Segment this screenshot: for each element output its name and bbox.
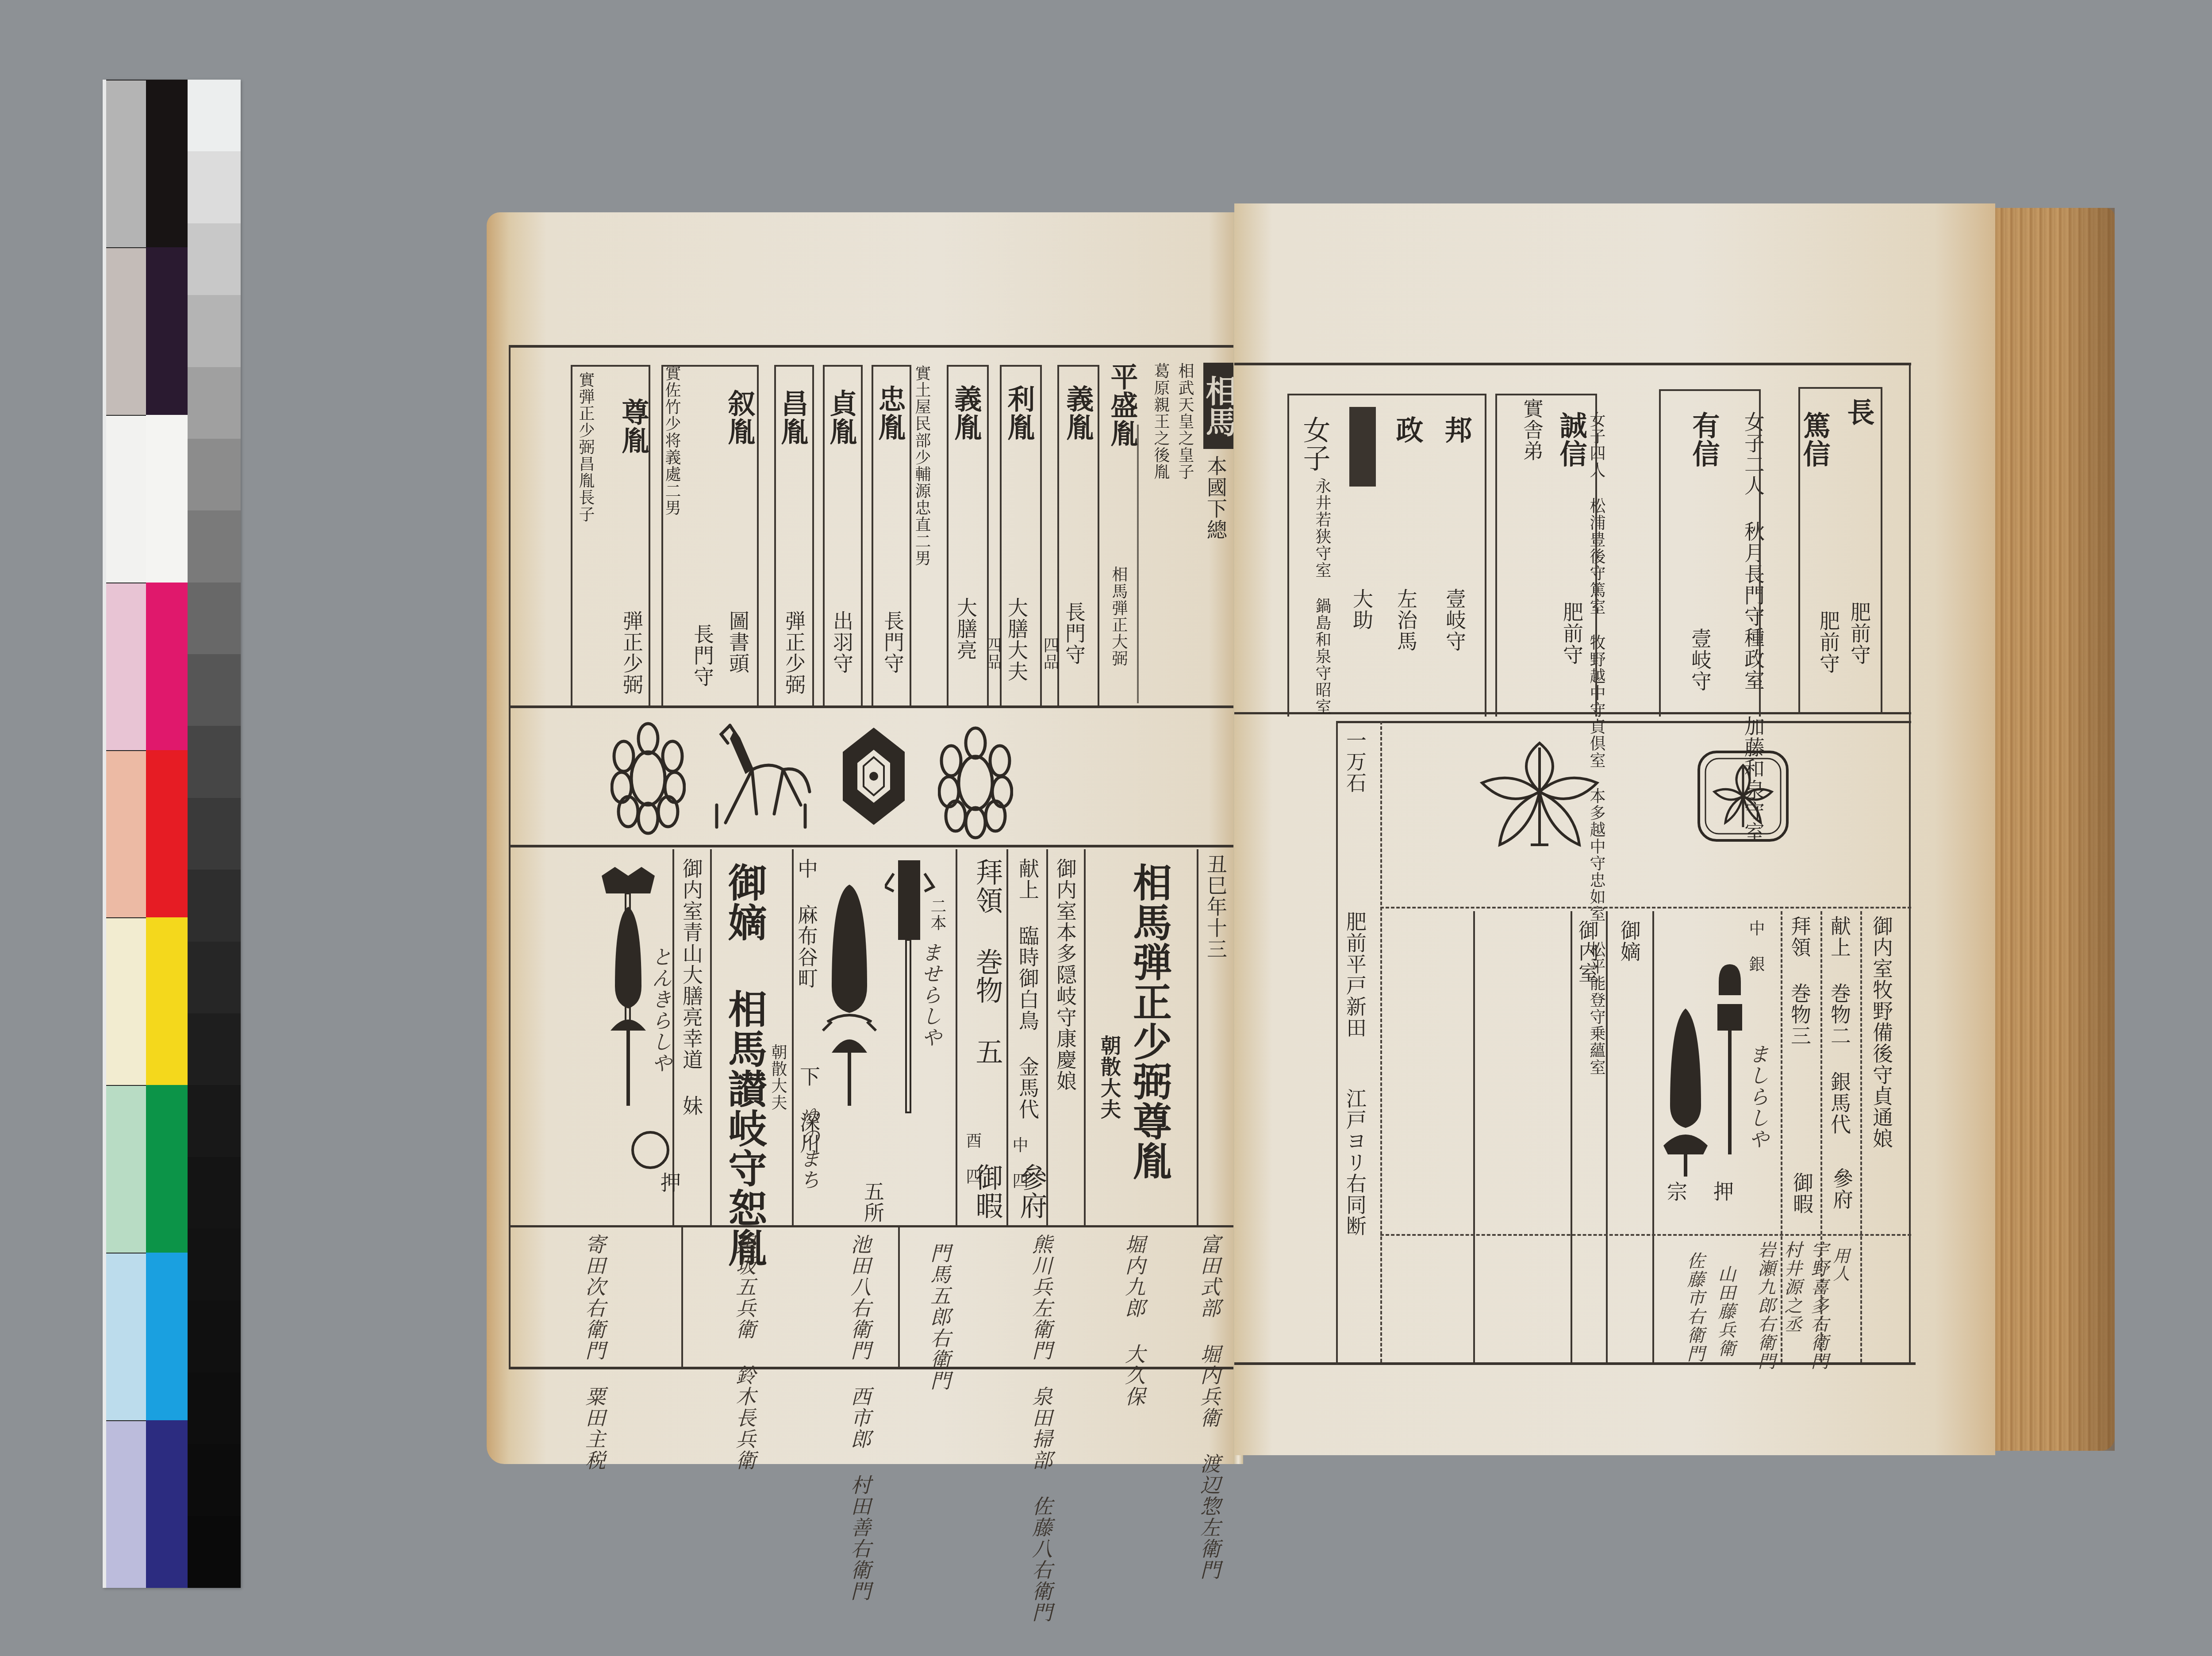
adoption-note-1: 實土屋民部少輔源忠直二男 — [914, 365, 929, 567]
lord-gifts: 献上 臨時御白鳥 金馬代 — [1018, 858, 1038, 1120]
ancestor-name-r3: 有信 — [1690, 411, 1717, 468]
color-swatch — [106, 80, 146, 247]
gray-swatch — [188, 798, 241, 870]
heir-rank: 朝散大夫 — [770, 1044, 786, 1111]
heir-label: 御嫡 — [1619, 920, 1640, 962]
nine-circles-crest-icon — [938, 725, 1013, 840]
ceremonial-spear-icon — [814, 876, 885, 1106]
lord-bottom-rule — [509, 1225, 1234, 1227]
column-divider — [1380, 721, 1382, 1362]
ancestor-name-4: 義胤 — [952, 385, 979, 441]
ceremonial-spear-icon — [1659, 1008, 1712, 1177]
ancestor-name-r8: 女子 — [1301, 416, 1328, 472]
frame-right-rule — [1909, 363, 1911, 1365]
gray-swatch — [188, 295, 241, 367]
gray-swatch — [188, 1300, 241, 1372]
seal-mark: 押 — [1712, 1181, 1732, 1202]
column-rule — [956, 849, 957, 1225]
gray-swatch — [188, 510, 241, 582]
lord-name: 相馬弾正少弼尊胤 — [1130, 862, 1169, 1181]
retainer-entry: 寄田次右衛門 粟田主税 — [584, 1234, 604, 1471]
right-page: 長 肥前守 篤信 肥前守 女子二人 秋月長門守種政室 加藤和泉守室 有信 壹岐守… — [1234, 203, 1995, 1455]
gray-swatch — [188, 1444, 241, 1516]
seal-mark: 押 — [659, 1172, 680, 1193]
ancestor-title-1: 相馬弾正大弼 — [1110, 566, 1126, 667]
adoption-note-3: 實弾正少弼昌胤長子 — [577, 372, 593, 523]
frame-top-rule — [1234, 363, 1911, 365]
ancestor-name-5: 忠胤 — [876, 385, 903, 441]
residence-middle: 中 麻布谷町 — [796, 858, 817, 989]
column-divider — [1860, 911, 1862, 1362]
header-bottom-rule — [509, 705, 1234, 708]
color-swatch — [106, 750, 146, 918]
ancestor-name-3: 利胤 — [1005, 385, 1033, 441]
gray-swatch — [188, 439, 241, 510]
leave-status: 御暇 — [973, 1163, 1001, 1220]
ancestor-aside-r4: 實舎弟 — [1522, 398, 1542, 462]
color-swatch — [146, 1085, 188, 1253]
heir-wife: 御内室青山大膳亮幸道 妹 — [681, 858, 702, 1116]
column-rule — [792, 849, 794, 1225]
color-calibration-chart — [103, 80, 241, 1588]
color-swatch — [146, 1420, 188, 1588]
seal-mark: 宗 — [1666, 1181, 1686, 1202]
frame-top-rule — [509, 345, 1234, 348]
item-label: 二本 — [929, 898, 945, 931]
fief-koku: 一万石 — [1345, 730, 1365, 793]
color-swatch — [106, 583, 146, 750]
lord-wife: 御内室本多隠岐守康慶娘 — [1055, 858, 1075, 1092]
color-swatch — [146, 1253, 188, 1420]
ancestor-rank-2: 四品 — [1042, 637, 1058, 671]
gray-swatch — [188, 367, 241, 439]
ancestor-name-1: 平盛胤 — [1108, 363, 1136, 448]
duty-status: 參府 — [1832, 1168, 1852, 1210]
column-rule — [898, 1227, 900, 1367]
receipt-label: 拜領 巻物三 — [1790, 916, 1810, 1046]
color-swatch — [146, 415, 188, 583]
gray-swatch — [188, 1229, 241, 1300]
gray-swatch — [188, 223, 241, 295]
circle-mark-icon — [628, 1128, 672, 1172]
column-rule — [1197, 849, 1198, 1225]
lord-gifts: 献上 巻物二 銀馬代 — [1829, 916, 1850, 1135]
color-swatch — [106, 415, 146, 583]
lord-wife: 御内室牧野備後守貞通娘 — [1871, 916, 1892, 1149]
frame-left-rule — [509, 345, 511, 1369]
clan-title-block: 相馬 — [1203, 363, 1234, 449]
column-rule — [1606, 911, 1608, 1362]
column-rule — [1084, 849, 1086, 1225]
color-swatch — [146, 917, 188, 1085]
gray-swatch — [188, 654, 241, 726]
retainer-heading: 用人 — [1832, 1247, 1848, 1283]
ancestor-title-6: 出羽守 — [832, 610, 852, 674]
lord-rank: 朝散大夫 — [1099, 1035, 1120, 1120]
color-swatch — [106, 1085, 146, 1253]
retainer-entry: 門馬五郎右衛門 — [929, 1243, 949, 1391]
column-rule — [1006, 849, 1008, 1225]
residence-lower-note: ゆのまち — [799, 1106, 819, 1191]
column-rule — [672, 849, 674, 1225]
ancestor-title-r7: 大助 — [1352, 588, 1372, 631]
gray-swatch — [188, 726, 241, 797]
spear-label-2: とんきらしや — [650, 947, 671, 1074]
ancestor-name-r1: 長 — [1845, 398, 1872, 426]
column-rule — [1652, 911, 1654, 1362]
home-province: 本國下總 — [1206, 456, 1226, 540]
ancestor-name-r2: 篤信 — [1801, 411, 1828, 468]
ancestor-name-r4: 誠信 — [1557, 411, 1585, 468]
gray-swatch — [188, 1157, 241, 1229]
ancestor-title-7: 弾正少弼 — [784, 610, 804, 695]
row-divider — [1380, 1234, 1911, 1236]
ancestor-title-r4: 肥前守 — [1562, 602, 1582, 665]
ancestor-name-r6: 政 — [1394, 416, 1421, 444]
column-rule — [710, 849, 712, 1225]
paulownia-in-frame-crest-icon — [1694, 747, 1792, 845]
horse-crest-icon — [703, 717, 818, 832]
gray-swatch — [188, 1085, 241, 1157]
ancestor-title-r2: 肥前守 — [1818, 610, 1839, 674]
lord-age: 丑巳年十三 — [1206, 854, 1226, 960]
tortoise-hexagon-crest-icon — [841, 725, 907, 827]
receipt-label: 拜領 巻物 五 — [973, 858, 1001, 1066]
ancestor-title-3: 大膳大夫 — [1006, 597, 1027, 682]
ancestor-title-2: 長門守 — [1064, 602, 1084, 665]
color-swatch — [106, 247, 146, 415]
color-swatch — [146, 750, 188, 918]
ceremonial-spear-icon — [1712, 964, 1747, 1154]
column-rule — [1571, 911, 1572, 1362]
gray-swatch — [188, 1372, 241, 1444]
retainer-entry: 池田八右衛門 西市郎 村田善右衛門 — [849, 1234, 870, 1602]
ancestor-title-r3: 壹岐守 — [1690, 628, 1710, 692]
gray-swatch — [188, 1516, 241, 1588]
column-rule — [681, 1227, 683, 1367]
color-swatch — [106, 1420, 146, 1588]
lineage-connector — [1137, 425, 1139, 703]
retainer-entry: 堀内九郎 大久保 — [1124, 1234, 1144, 1407]
color-swatch — [106, 917, 146, 1085]
color-swatch — [146, 80, 188, 247]
crest-bottom-rule — [509, 845, 1234, 847]
heir-name: 御嫡 相馬讃岐守恕胤 — [726, 862, 764, 1268]
ancestor-title-4: 大膳亮 — [956, 597, 976, 661]
heir-wife: 御内室 — [1577, 920, 1598, 984]
paulownia-leaf-crest-icon — [1473, 739, 1606, 854]
fief-domain: 肥前平戸新田 — [1345, 911, 1365, 1039]
ancestor-name-r5: 邦 — [1442, 416, 1470, 444]
ancestor-title-r6: 左治馬 — [1396, 588, 1416, 652]
spear-label: ましらしや — [1747, 1044, 1768, 1150]
nine-circles-crest-icon — [611, 721, 686, 836]
retainer-entry: 岩瀬九郎右衛門 — [1756, 1241, 1774, 1371]
open-book: 相馬 本國下總 相武天皇之皇子 葛原親王之後胤 平盛胤 相馬弾正大弼 義胤 長門… — [487, 203, 2079, 1477]
column-rule — [1473, 911, 1475, 1362]
place-count: 五所 — [863, 1181, 883, 1223]
color-swatch — [146, 583, 188, 750]
leave-status: 御暇 — [1792, 1172, 1812, 1215]
retainer-entry: 富田式部 堀内兵衛 渡辺惣左衛門 — [1199, 1234, 1219, 1581]
retainer-entry: 宇野喜多右衛門 — [1809, 1241, 1827, 1371]
crest-top-rule — [1336, 721, 1911, 723]
retainer-entry: 村井源之丞 — [1783, 1241, 1801, 1334]
frame-inner-left-rule — [1336, 721, 1338, 1365]
ancestor-name-6: 貞胤 — [827, 389, 855, 446]
fief-distance: 江戸ヨリ右同断 — [1345, 1088, 1365, 1237]
retainer-entry: 山田藤兵衛 — [1717, 1265, 1734, 1358]
ancestor-name-2: 義胤 — [1064, 385, 1091, 441]
lineage-line-2: 葛原親王之後胤 — [1152, 363, 1168, 480]
spear-label-1: ませらしや — [920, 942, 941, 1048]
ancestor-name-7: 昌胤 — [779, 389, 806, 446]
retainer-entry: 熊川兵左衛門 泉田掃部 佐藤八右衛門 — [1031, 1234, 1051, 1623]
ancestor-title-5: 長門守 — [883, 610, 903, 674]
row-divider — [1380, 907, 1911, 908]
duty-status: 參府 — [1018, 1163, 1045, 1220]
color-swatch — [146, 247, 188, 415]
gray-swatch — [188, 1013, 241, 1085]
gray-swatch — [188, 151, 241, 223]
gray-swatch — [188, 80, 241, 151]
color-swatch — [106, 1253, 146, 1420]
effaced-block — [1349, 407, 1376, 487]
residence-middle: 中 銀 — [1747, 920, 1763, 973]
ancestor-title-r5: 壹岐守 — [1444, 588, 1465, 652]
ancestor-aside-r8: 永井若狭守室 鍋島和泉守昭室 — [1314, 478, 1330, 715]
generation-bracket — [661, 365, 759, 705]
lineage-line-1: 相武天皇之皇子 — [1177, 363, 1193, 480]
retainer-entry: 黒坂五兵衛 鈴木長兵衛 — [734, 1234, 755, 1471]
left-page: 相馬 本國下總 相武天皇之皇子 葛原親王之後胤 平盛胤 相馬弾正大弼 義胤 長門… — [487, 212, 1239, 1464]
ancestor-title-r1: 肥前守 — [1849, 602, 1870, 665]
retainer-entry: 佐藤市右衛門 — [1686, 1252, 1703, 1363]
gray-swatch — [188, 942, 241, 1013]
gray-swatch — [188, 870, 241, 941]
gray-swatch — [188, 583, 241, 654]
